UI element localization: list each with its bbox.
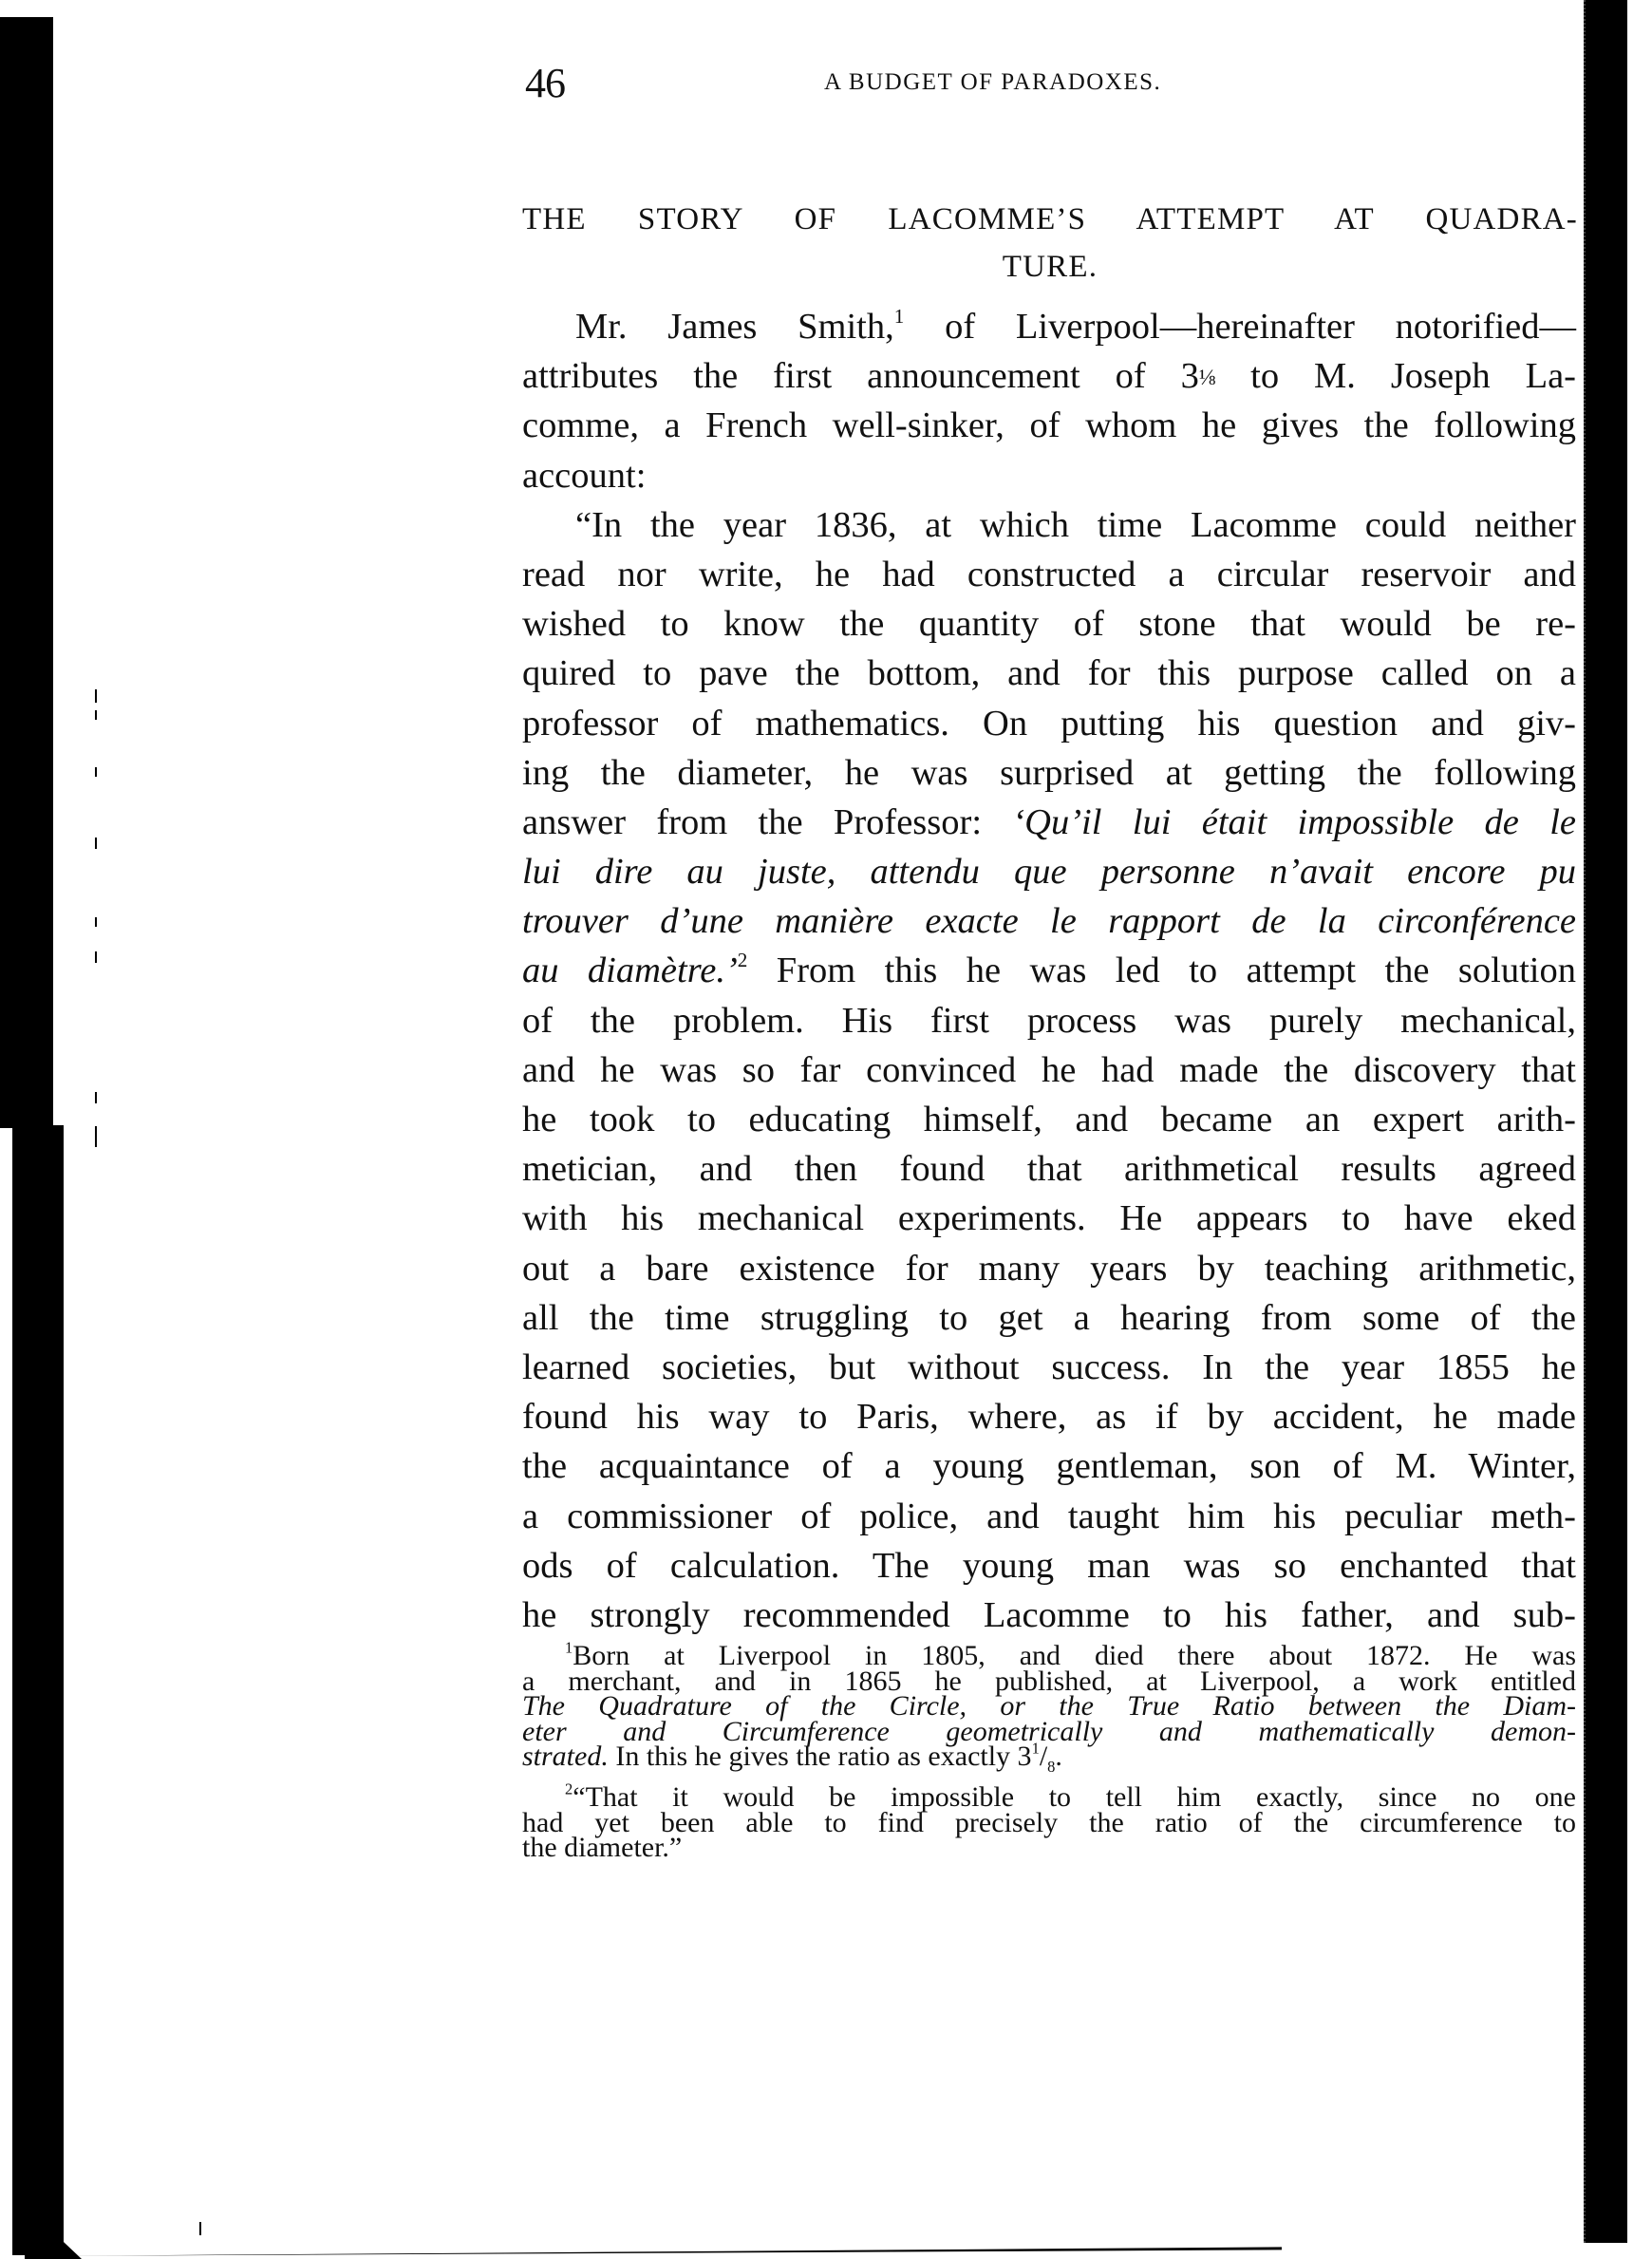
- italic-text: lui dire au juste, attendu que personne …: [522, 852, 1576, 892]
- text-segment: out a bare existence for many years by t…: [522, 1249, 1576, 1289]
- running-head: A BUDGET OF PARADOXES.: [824, 68, 1161, 97]
- text-line: metician, and then found that arithmetic…: [522, 1144, 1576, 1194]
- text-segment: a commissioner of police, and taught him…: [522, 1497, 1576, 1536]
- margin-tick: [95, 767, 97, 777]
- scan-edge-left-top: [0, 17, 53, 1128]
- text-line: strated. In this he gives the ratio as e…: [522, 1744, 1576, 1770]
- footnote-reference: 2: [738, 950, 748, 972]
- margin-tick: [95, 1126, 97, 1147]
- text-segment: ods of calculation. The young man was so…: [522, 1546, 1576, 1586]
- text-segment: .: [1055, 1741, 1062, 1772]
- footnotes: 1Born at Liverpool in 1805, and died the…: [522, 1644, 1576, 1861]
- text-segment: he strongly recommended Lacomme to his f…: [522, 1595, 1576, 1635]
- text-line: he strongly recommended Lacomme to his f…: [522, 1591, 1576, 1640]
- text-line: “In the year 1836, at which time Lacomme…: [522, 500, 1576, 550]
- italic-text: au diamètre.’: [522, 951, 738, 990]
- text-segment: From this he was led to attempt the solu…: [747, 951, 1576, 990]
- margin-tick: [95, 917, 97, 927]
- text-segment: answer from the Professor:: [522, 802, 1012, 842]
- text-line: professor of mathematics. On putting his…: [522, 699, 1576, 748]
- text-line: answer from the Professor: ‘Qu’il lui ét…: [522, 798, 1576, 847]
- text-segment: he took to educating himself, and became…: [522, 1100, 1576, 1139]
- margin-tick: [95, 689, 97, 703]
- text-line: au diamètre.’2 From this he was led to a…: [522, 946, 1576, 995]
- footnote-reference: 1: [565, 1639, 573, 1657]
- text-segment: Mr. James Smith,: [575, 307, 894, 347]
- text-segment: “In the year 1836, at which time Lacomme…: [575, 505, 1576, 545]
- text-line: ods of calculation. The young man was so…: [522, 1541, 1576, 1591]
- scan-edge-right: [1584, 0, 1627, 2243]
- text-line: learned societies, but without success. …: [522, 1343, 1576, 1392]
- text-segment: all the time struggling to get a hearing…: [522, 1298, 1576, 1338]
- text-segment: account:: [522, 456, 646, 496]
- fraction: ⅛: [1199, 368, 1215, 386]
- text-segment: In this he gives the ratio as exactly 3: [609, 1741, 1032, 1772]
- text-segment: attributes the first announcement of 3: [522, 356, 1199, 396]
- scan-edge-left-bottom: [12, 1125, 64, 2255]
- text-line: lui dire au juste, attendu que personne …: [522, 847, 1576, 896]
- margin-tick: [95, 838, 97, 849]
- text-segment: found his way to Paris, where, as if by …: [522, 1397, 1576, 1437]
- margin-tick: [199, 2222, 201, 2235]
- text-segment: /: [1040, 1741, 1047, 1772]
- text-line: comme, a French well-sinker, of whom he …: [522, 401, 1576, 450]
- text-line: Mr. James Smith,1 of Liverpool—hereinaft…: [522, 302, 1576, 351]
- section-title-line-1: THE STORY OF LACOMME’S ATTEMPT AT QUADRA…: [522, 196, 1578, 243]
- section-title: THE STORY OF LACOMME’S ATTEMPT AT QUADRA…: [522, 196, 1578, 291]
- text-segment: the acquaintance of a young gentleman, s…: [522, 1446, 1576, 1486]
- text-line: attributes the first announcement of 3⅛ …: [522, 351, 1576, 401]
- footnote-reference: 1: [894, 305, 905, 328]
- margin-tick: [95, 710, 97, 720]
- text-segment: with his mechanical experiments. He appe…: [522, 1198, 1576, 1238]
- text-segment: the diameter.”: [522, 1832, 682, 1863]
- text-line: all the time struggling to get a hearing…: [522, 1293, 1576, 1343]
- footnote-2: 2“That it would be impossible to tell hi…: [522, 1785, 1576, 1861]
- text-line: he took to educating himself, and became…: [522, 1095, 1576, 1144]
- text-line: ing the diameter, he was surprised at ge…: [522, 748, 1576, 798]
- text-segment: ing the diameter, he was surprised at ge…: [522, 753, 1576, 793]
- text-segment: of the problem. His first process was pu…: [522, 1001, 1576, 1041]
- text-segment: to M. Joseph La-: [1215, 356, 1576, 396]
- text-line: account:: [522, 451, 1576, 500]
- text-segment: of Liverpool—hereinafter notorified—: [904, 307, 1576, 347]
- footnote-reference: 1: [1032, 1740, 1040, 1758]
- text-segment: professor of mathematics. On putting his…: [522, 704, 1576, 744]
- text-line: the acquaintance of a young gentleman, s…: [522, 1441, 1576, 1491]
- italic-text: strated.: [522, 1741, 609, 1772]
- text-segment: wished to know the quantity of stone tha…: [522, 604, 1576, 644]
- text-segment: and he was so far convinced he had made …: [522, 1050, 1576, 1090]
- text-line: with his mechanical experiments. He appe…: [522, 1194, 1576, 1243]
- scan-bottom-shadow: [38, 2245, 1282, 2256]
- text-line: and he was so far convinced he had made …: [522, 1045, 1576, 1095]
- text-line: wished to know the quantity of stone tha…: [522, 599, 1576, 649]
- text-line: the diameter.”: [522, 1835, 1576, 1861]
- margin-tick: [95, 951, 97, 963]
- italic-text: trouver d’une manière exacte le rapport …: [522, 901, 1576, 941]
- text-segment: metician, and then found that arithmetic…: [522, 1149, 1576, 1189]
- footnote-reference: 2: [565, 1780, 573, 1798]
- text-line: trouver d’une manière exacte le rapport …: [522, 896, 1576, 946]
- text-segment: comme, a French well-sinker, of whom he …: [522, 405, 1576, 445]
- text-segment: learned societies, but without success. …: [522, 1347, 1576, 1387]
- text-line: a commissioner of police, and taught him…: [522, 1492, 1576, 1541]
- text-line: quired to pave the bottom, and for this …: [522, 649, 1576, 698]
- footnote-1: 1Born at Liverpool in 1805, and died the…: [522, 1644, 1576, 1770]
- italic-text: ‘Qu’il lui était impossible de le: [1012, 802, 1576, 842]
- section-title-line-2: TURE.: [522, 243, 1578, 291]
- text-segment: quired to pave the bottom, and for this …: [522, 653, 1576, 693]
- text-line: read nor write, he had constructed a cir…: [522, 550, 1576, 599]
- text-line: of the problem. His first process was pu…: [522, 996, 1576, 1045]
- text-line: found his way to Paris, where, as if by …: [522, 1392, 1576, 1441]
- text-line: out a bare existence for many years by t…: [522, 1244, 1576, 1293]
- margin-tick: [95, 1092, 97, 1103]
- text-segment: read nor write, he had constructed a cir…: [522, 555, 1576, 594]
- page-number: 46: [525, 61, 565, 106]
- body-text: Mr. James Smith,1 of Liverpool—hereinaft…: [522, 302, 1576, 1640]
